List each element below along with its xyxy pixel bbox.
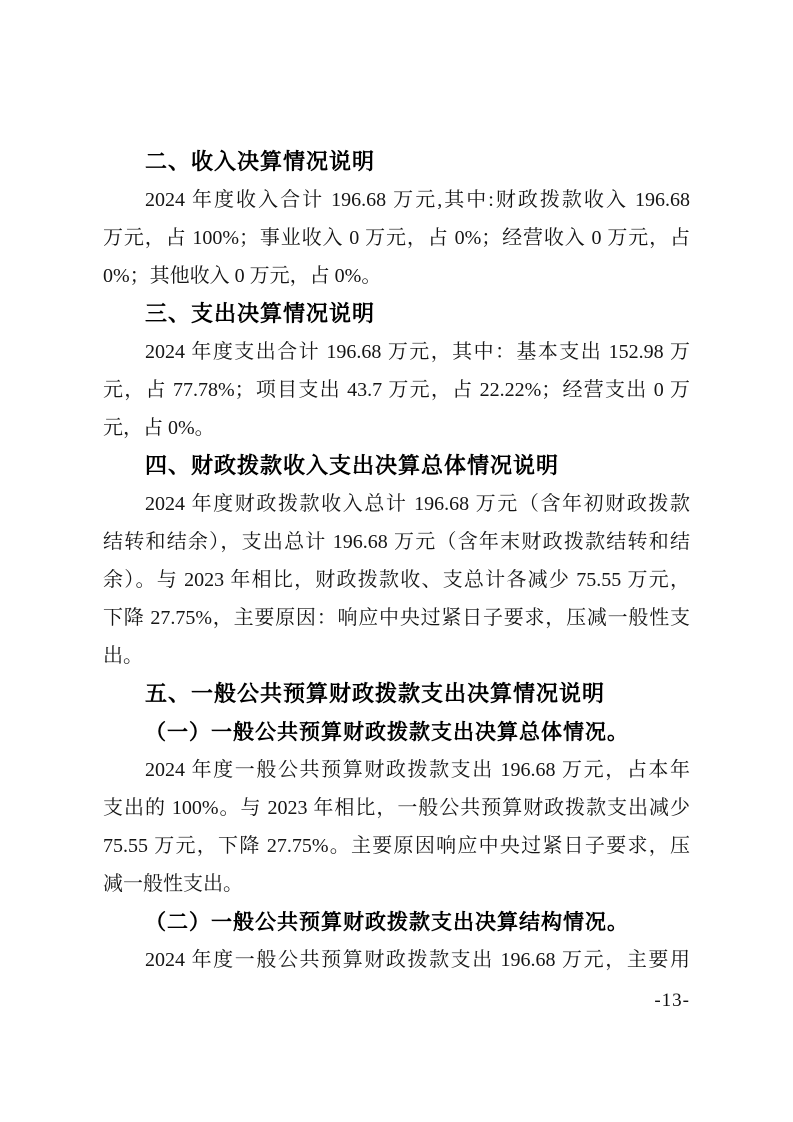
paragraph-line: 0%；其他收入 0 万元，占 0%。 <box>103 257 690 295</box>
paragraph-line: 出。 <box>103 637 690 675</box>
paragraph-line: 元，占 0%。 <box>103 409 690 447</box>
section-heading-income: 二、收入决算情况说明 <box>103 143 690 181</box>
section-heading-general-public-budget: 五、一般公共预算财政拨款支出决算情况说明 <box>103 675 690 713</box>
paragraph-line: 支出的 100%。与 2023 年相比，一般公共预算财政拨款支出减少 <box>103 789 690 827</box>
paragraph-line: 下降 27.75%，主要原因：响应中央过紧日子要求，压减一般性支 <box>103 599 690 637</box>
paragraph-line: 减一般性支出。 <box>103 865 690 903</box>
page-number: -13- <box>103 989 690 1013</box>
section-heading-expenditure: 三、支出决算情况说明 <box>103 295 690 333</box>
paragraph-line: 元，占 77.78%；项目支出 43.7 万元，占 22.22%；经营支出 0 … <box>103 371 690 409</box>
document-page: 二、收入决算情况说明 2024 年度收入合计 196.68 万元,其中:财政拨款… <box>0 0 793 1122</box>
paragraph-line: 结转和结余），支出总计 196.68 万元（含年末财政拨款结转和结 <box>103 523 690 561</box>
paragraph-line: 余）。与 2023 年相比，财政拨款收、支总计各减少 75.55 万元， <box>103 561 690 599</box>
paragraph-line: 万元，占 100%；事业收入 0 万元，占 0%；经营收入 0 万元，占 <box>103 219 690 257</box>
paragraph-line: 2024 年度支出合计 196.68 万元，其中：基本支出 152.98 万 <box>103 333 690 371</box>
subsection-heading-structure: （二）一般公共预算财政拨款支出决算结构情况。 <box>103 903 690 941</box>
subsection-heading-overall: （一）一般公共预算财政拨款支出决算总体情况。 <box>103 713 690 751</box>
document-body: 二、收入决算情况说明 2024 年度收入合计 196.68 万元,其中:财政拨款… <box>103 143 690 1013</box>
paragraph-line: 2024 年度收入合计 196.68 万元,其中:财政拨款收入 196.68 <box>103 181 690 219</box>
paragraph-line: 2024 年度一般公共预算财政拨款支出 196.68 万元，主要用 <box>103 941 690 979</box>
paragraph-line: 2024 年度财政拨款收入总计 196.68 万元（含年初财政拨款 <box>103 485 690 523</box>
paragraph-line: 2024 年度一般公共预算财政拨款支出 196.68 万元，占本年 <box>103 751 690 789</box>
paragraph-line: 75.55 万元，下降 27.75%。主要原因响应中央过紧日子要求，压 <box>103 827 690 865</box>
section-heading-fiscal-appropriation-overview: 四、财政拨款收入支出决算总体情况说明 <box>103 447 690 485</box>
